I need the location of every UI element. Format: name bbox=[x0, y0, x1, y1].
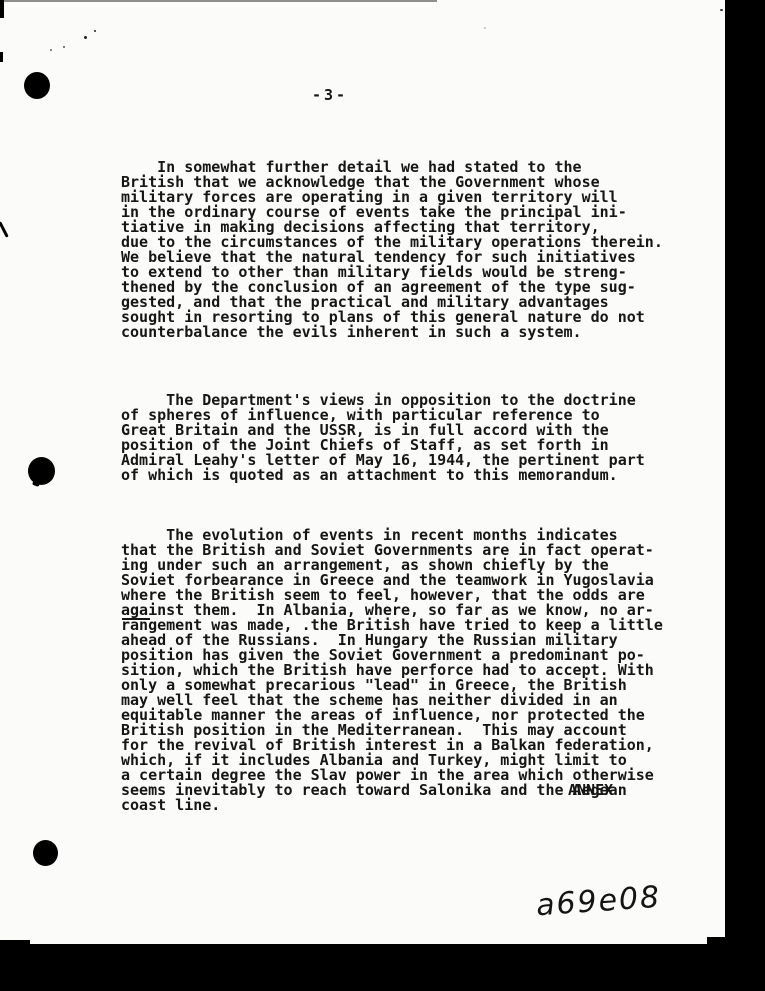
scan-speck bbox=[63, 46, 65, 48]
annex-label: ANNEX bbox=[568, 783, 613, 798]
page-number: -3- bbox=[312, 88, 348, 103]
paragraph: The Department's views in opposition to … bbox=[121, 393, 663, 483]
paragraph: In somewhat further detail we had stated… bbox=[121, 160, 663, 340]
emphasis-underline bbox=[122, 618, 150, 620]
hole-punch-mark bbox=[32, 478, 41, 487]
handwritten-note: a69e08 bbox=[535, 880, 662, 924]
scan-edge-top-line bbox=[0, 0, 437, 2]
scan-speck bbox=[484, 27, 486, 29]
scan-edge-bottom-bar bbox=[0, 944, 765, 991]
paragraph: The evolution of events in recent months… bbox=[121, 528, 663, 813]
hole-punch-mark bbox=[24, 72, 50, 99]
hole-punch-mark bbox=[33, 840, 58, 866]
document-page: -3- In somewhat further detail we had st… bbox=[0, 0, 765, 991]
scan-speck bbox=[50, 49, 52, 51]
document-body: In somewhat further detail we had stated… bbox=[121, 130, 663, 843]
scan-corner-mark bbox=[0, 52, 3, 62]
scan-edge-right-bar bbox=[725, 0, 765, 991]
scan-corner-mark bbox=[0, 0, 4, 18]
scan-edge-bottom-step bbox=[707, 937, 765, 949]
scan-edge-bottom-left-step bbox=[0, 940, 30, 948]
scan-speck bbox=[720, 9, 723, 11]
scan-speck bbox=[84, 36, 87, 39]
scan-speck bbox=[94, 30, 96, 32]
pen-stroke-mark bbox=[0, 221, 9, 238]
